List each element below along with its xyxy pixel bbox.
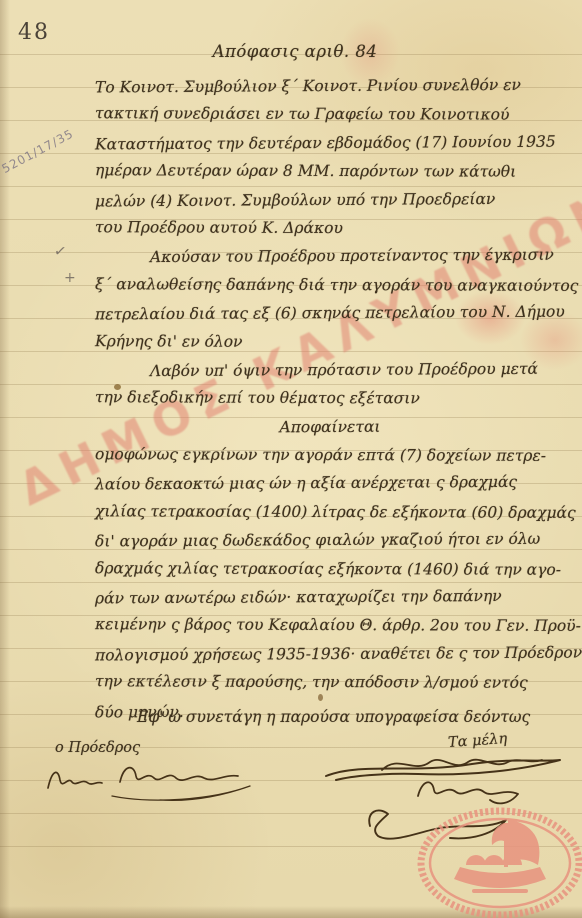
text-line: Λαβόν υπ' όψιν την πρότασιν του Προέδρου… xyxy=(95,354,565,385)
oval-seal xyxy=(412,805,582,918)
text-line: την εκτέλεσιν ξ παρούσης, την απόδοσιν λ… xyxy=(95,667,565,697)
text-line: μελών (4) Κοινοτ. Συμβούλων υπό την Προε… xyxy=(95,184,565,215)
text-line: ομοφώνως εγκρίνων την αγοράν επτά (7) δο… xyxy=(95,440,565,470)
text-line: πολογισμού χρήσεως 1935-1936· αναθέτει δ… xyxy=(95,638,565,669)
scanned-document-page: ΔΗΜΟΣ ΚΑΛΥΜΝΙΩΝ 48 5201/17/35 ✓ + Απόφασ… xyxy=(0,0,582,918)
president-role-label: ο Πρόεδρος xyxy=(55,740,140,756)
checkmark-annotation: ✓ xyxy=(53,241,68,261)
text-line: Το Κοινοτ. Συμβούλιον ξ΄ Κοινοτ. Ρινίου … xyxy=(95,71,565,102)
text-line: δραχμάς χιλίας τετρακοσίας εξήκοντα (146… xyxy=(95,554,565,584)
text-line: την διεξοδικήν επί του θέματος εξέτασιν xyxy=(95,383,565,413)
text-line: Καταστήματος την δευτέραν εβδομάδος (17)… xyxy=(95,127,565,158)
text-line: δι' αγοράν μιας δωδεκάδος φιαλών γκαζιού… xyxy=(95,525,565,556)
text-line: Ακούσαν του Προέδρου προτείναντος την έγ… xyxy=(95,241,565,272)
text-line: Κρήνης δι' εν όλον xyxy=(95,327,565,357)
page-edge-shadow xyxy=(0,0,10,918)
closing-formula: Εφ' ω συνετάγη η παρούσα υπογραφείσα δεό… xyxy=(137,708,530,726)
text-line: ξ΄ αναλωθείσης δαπάνης διά την αγοράν το… xyxy=(95,270,565,300)
text-line: ράν των ανωτέρω ειδών· καταχωρίζει την δ… xyxy=(95,582,565,613)
text-line: κειμένην ς βάρος του Κεφαλαίου Θ. άρθρ. … xyxy=(95,611,565,641)
margin-pencil-note: 5201/17/35 xyxy=(0,112,103,176)
plus-annotation: + xyxy=(64,270,76,286)
page-number: 48 xyxy=(18,20,50,45)
text-line: τακτική συνεδριάσει εν τω Γραφείω του Κο… xyxy=(95,100,565,130)
text-line: πετρελαίου διά τας εξ (6) σκηνάς πετρελα… xyxy=(95,298,565,329)
text-line: του Προέδρου αυτού Κ. Δράκου xyxy=(95,213,565,243)
text-line: Αποφαίνεται xyxy=(95,411,565,442)
text-line: χιλίας τετρακοσίας (1400) λίτρας δε εξήκ… xyxy=(95,497,565,527)
document-body: Το Κοινοτ. Συμβούλιον ξ΄ Κοινοτ. Ρινίου … xyxy=(95,72,565,725)
galley-ship-icon xyxy=(454,819,546,893)
text-line: ημέραν Δευτέραν ώραν 8 ΜΜ. παρόντων των … xyxy=(95,156,565,186)
text-line: λαίου δεκαοκτώ μιας ών η αξία ανέρχεται … xyxy=(95,468,565,499)
document-title: Απόφασις αριθ. 84 xyxy=(60,42,530,61)
president-signature-scribble xyxy=(42,756,267,806)
